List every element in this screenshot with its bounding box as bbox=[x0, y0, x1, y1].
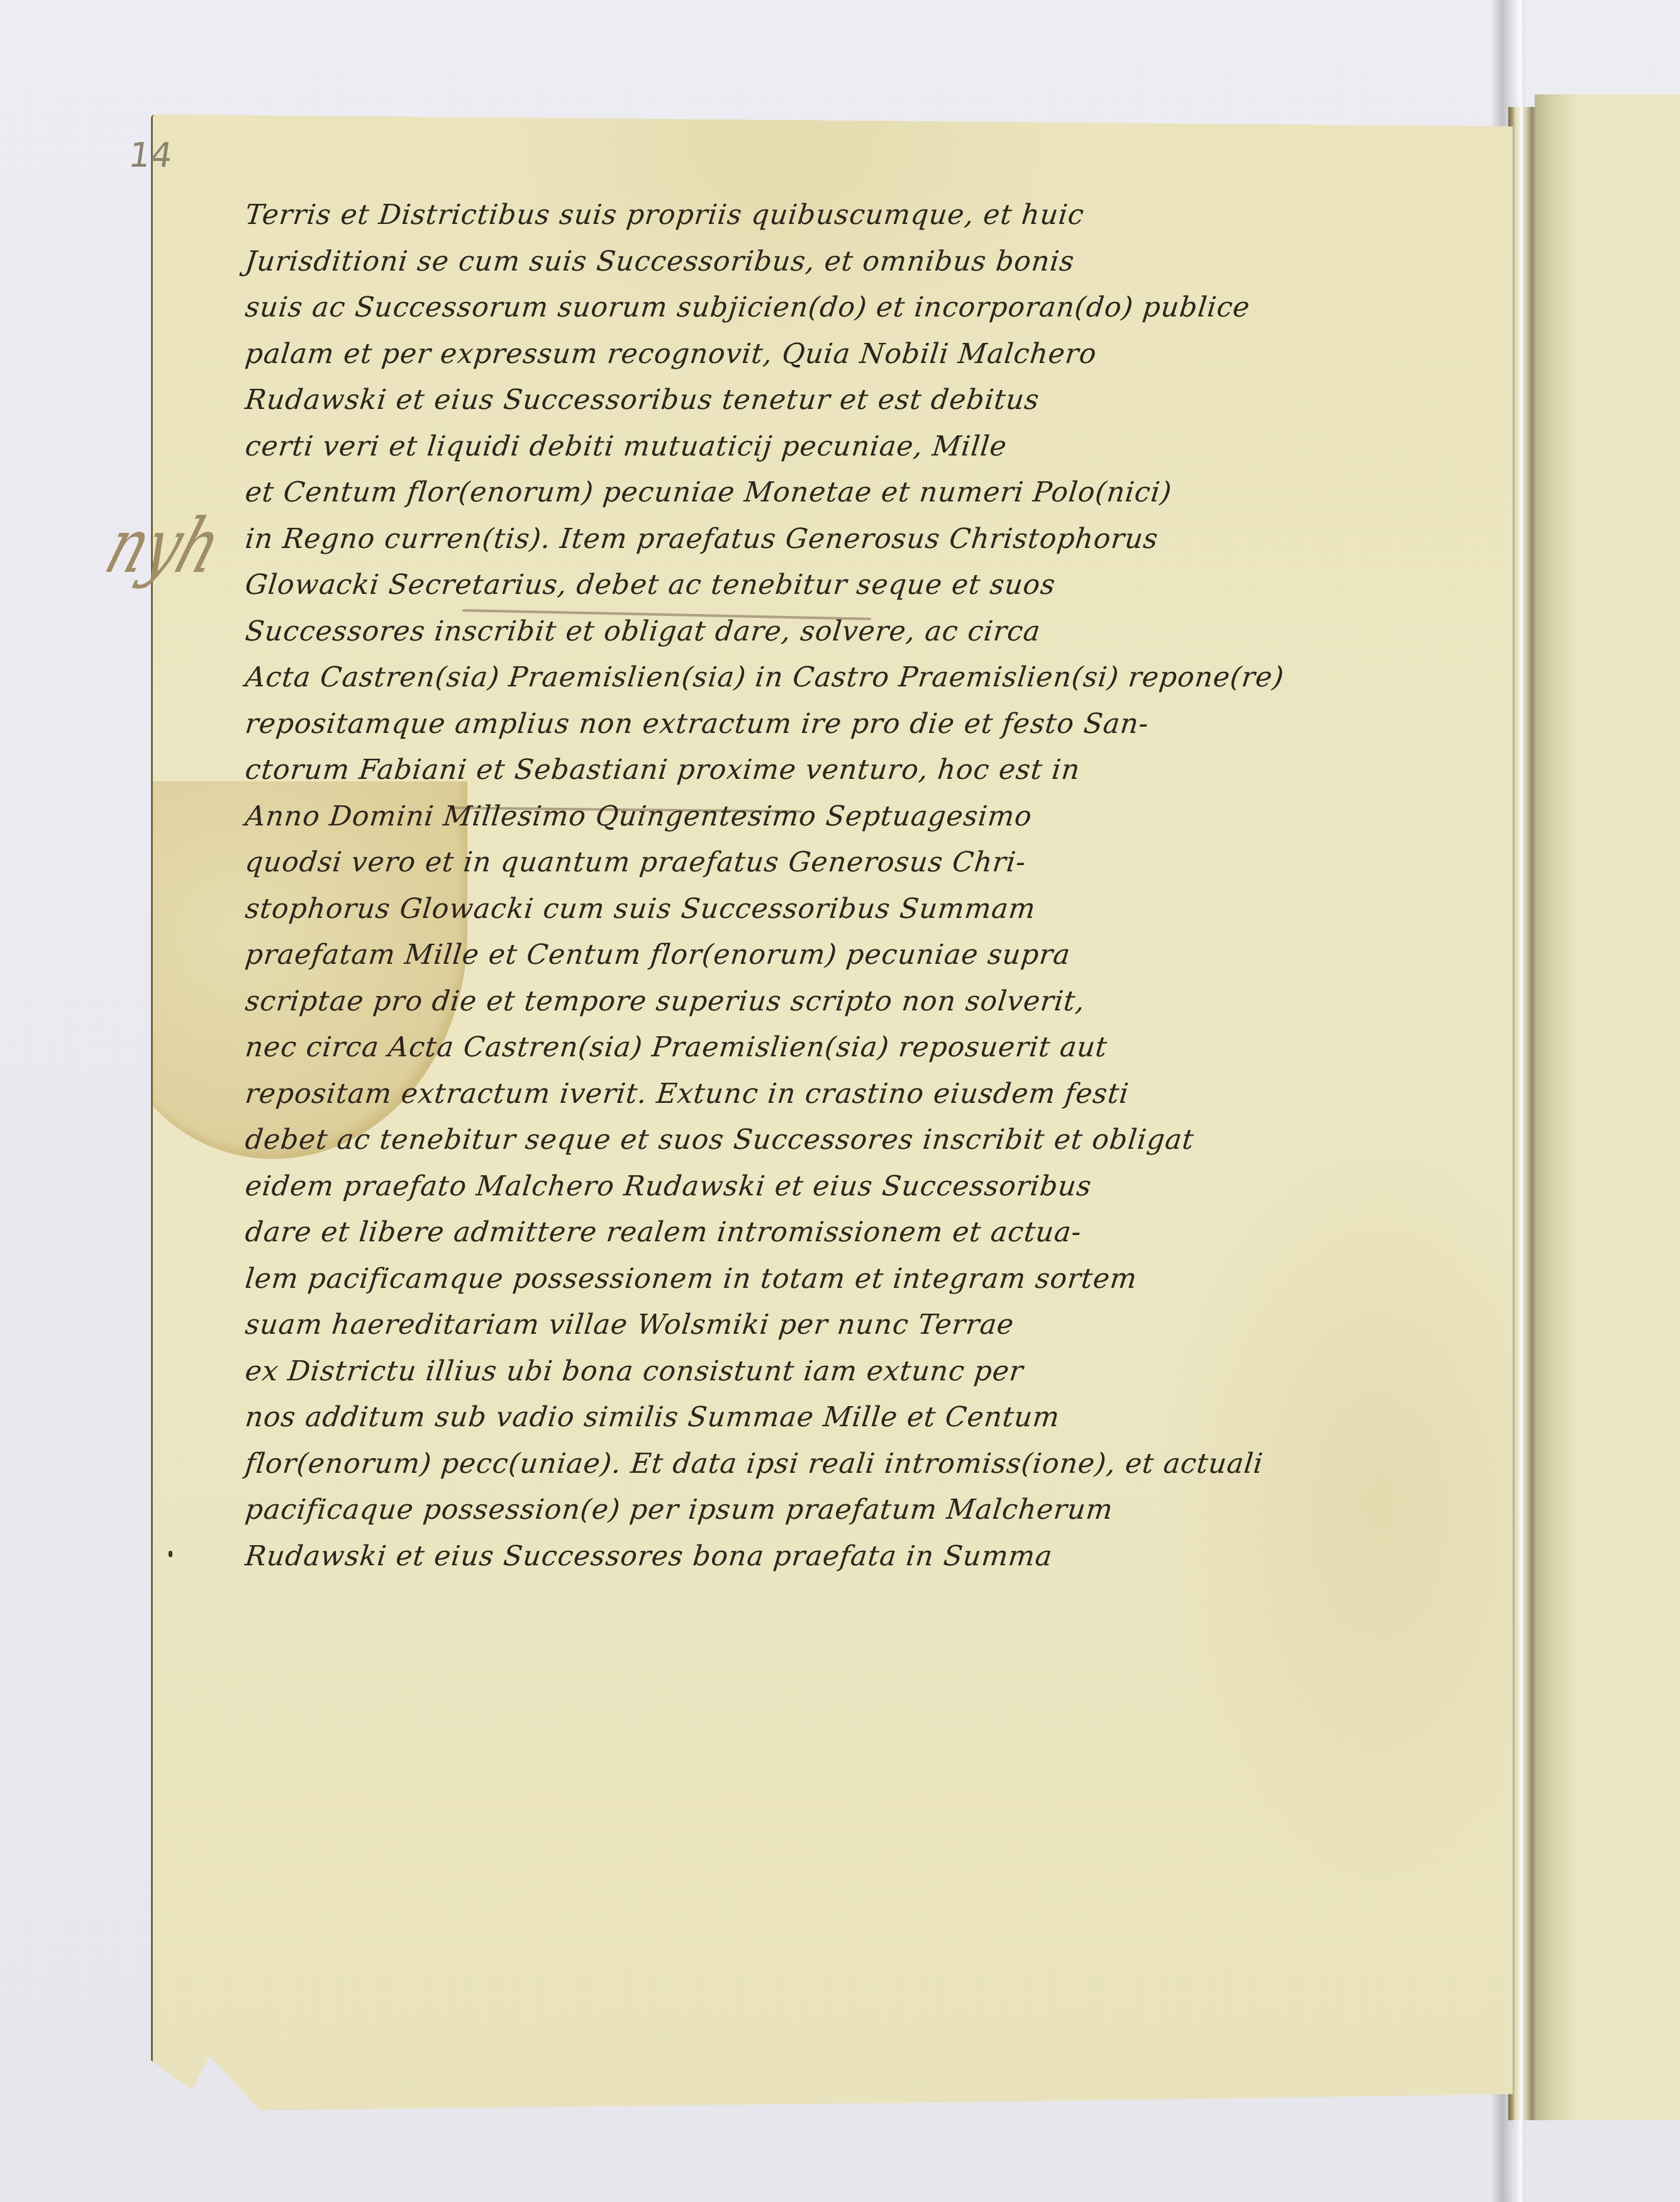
text-line: quodsi vero et in quantum praefatus Gene… bbox=[243, 839, 1317, 886]
text-line: scriptae pro die et tempore superius scr… bbox=[243, 978, 1317, 1025]
text-line: lem pacificamque possessionem in totam e… bbox=[243, 1256, 1317, 1302]
text-line: Successores inscribit et obligat dare, s… bbox=[243, 608, 1317, 655]
text-line: eidem praefato Malchero Rudawski et eius… bbox=[243, 1163, 1317, 1210]
text-line: Terris et Districtibus suis propriis qui… bbox=[243, 192, 1317, 238]
text-line: ex Districtu illius ubi bona consistunt … bbox=[243, 1348, 1317, 1395]
facing-page bbox=[1535, 94, 1680, 2120]
text-line: in Regno curren(tis). Item praefatus Gen… bbox=[243, 516, 1317, 562]
text-line: repositam extractum iverit. Extunc in cr… bbox=[243, 1071, 1317, 1117]
text-line: dare et libere admittere realem intromis… bbox=[243, 1209, 1317, 1256]
text-line: certi veri et liquidi debiti mutuaticij … bbox=[243, 423, 1317, 470]
text-line: repositamque amplius non extractum ire p… bbox=[243, 701, 1317, 747]
glass-page-holder bbox=[1517, 0, 1525, 2202]
text-line: nec circa Acta Castren(sia) Praemislien(… bbox=[243, 1024, 1317, 1071]
text-line: Acta Castren(sia) Praemislien(sia) in Ca… bbox=[243, 654, 1317, 701]
text-line: stophorus Glowacki cum suis Successoribu… bbox=[243, 886, 1317, 932]
ink-dot bbox=[169, 1551, 172, 1557]
text-line: nos additum sub vadio similis Summae Mil… bbox=[243, 1394, 1317, 1441]
text-line: praefatam Mille et Centum flor(enorum) p… bbox=[243, 932, 1317, 978]
text-line: flor(enorum) pecc(uniae). Et data ipsi r… bbox=[243, 1441, 1317, 1487]
text-line: Rudawski et eius Successoribus tenetur e… bbox=[243, 377, 1317, 423]
text-line: Jurisditioni se cum suis Successoribus, … bbox=[243, 238, 1317, 285]
text-line: Glowacki Secretarius, debet ac tenebitur… bbox=[243, 562, 1317, 608]
text-line: et Centum flor(enorum) pecuniae Monetae … bbox=[243, 469, 1317, 516]
text-line: suam haereditariam villae Wolsmiki per n… bbox=[243, 1302, 1317, 1348]
text-line: ctorum Fabiani et Sebastiani proxime ven… bbox=[243, 747, 1317, 793]
text-line: debet ac tenebitur seque et suos Success… bbox=[243, 1117, 1317, 1163]
text-line: pacificaque possession(e) per ipsum prae… bbox=[243, 1487, 1317, 1533]
text-line: Rudawski et eius Successores bona praefa… bbox=[243, 1533, 1317, 1580]
folio-number: 14 bbox=[126, 135, 175, 175]
text-line: palam et per expressum recognovit, Quia … bbox=[243, 331, 1317, 377]
text-line: suis ac Successorum suorum subjicien(do)… bbox=[243, 284, 1317, 331]
manuscript-text: Terris et Districtibus suis propriis qui… bbox=[245, 192, 1315, 1579]
text-line: Anno Domini Millesimo Quingentesimo Sept… bbox=[243, 793, 1317, 840]
